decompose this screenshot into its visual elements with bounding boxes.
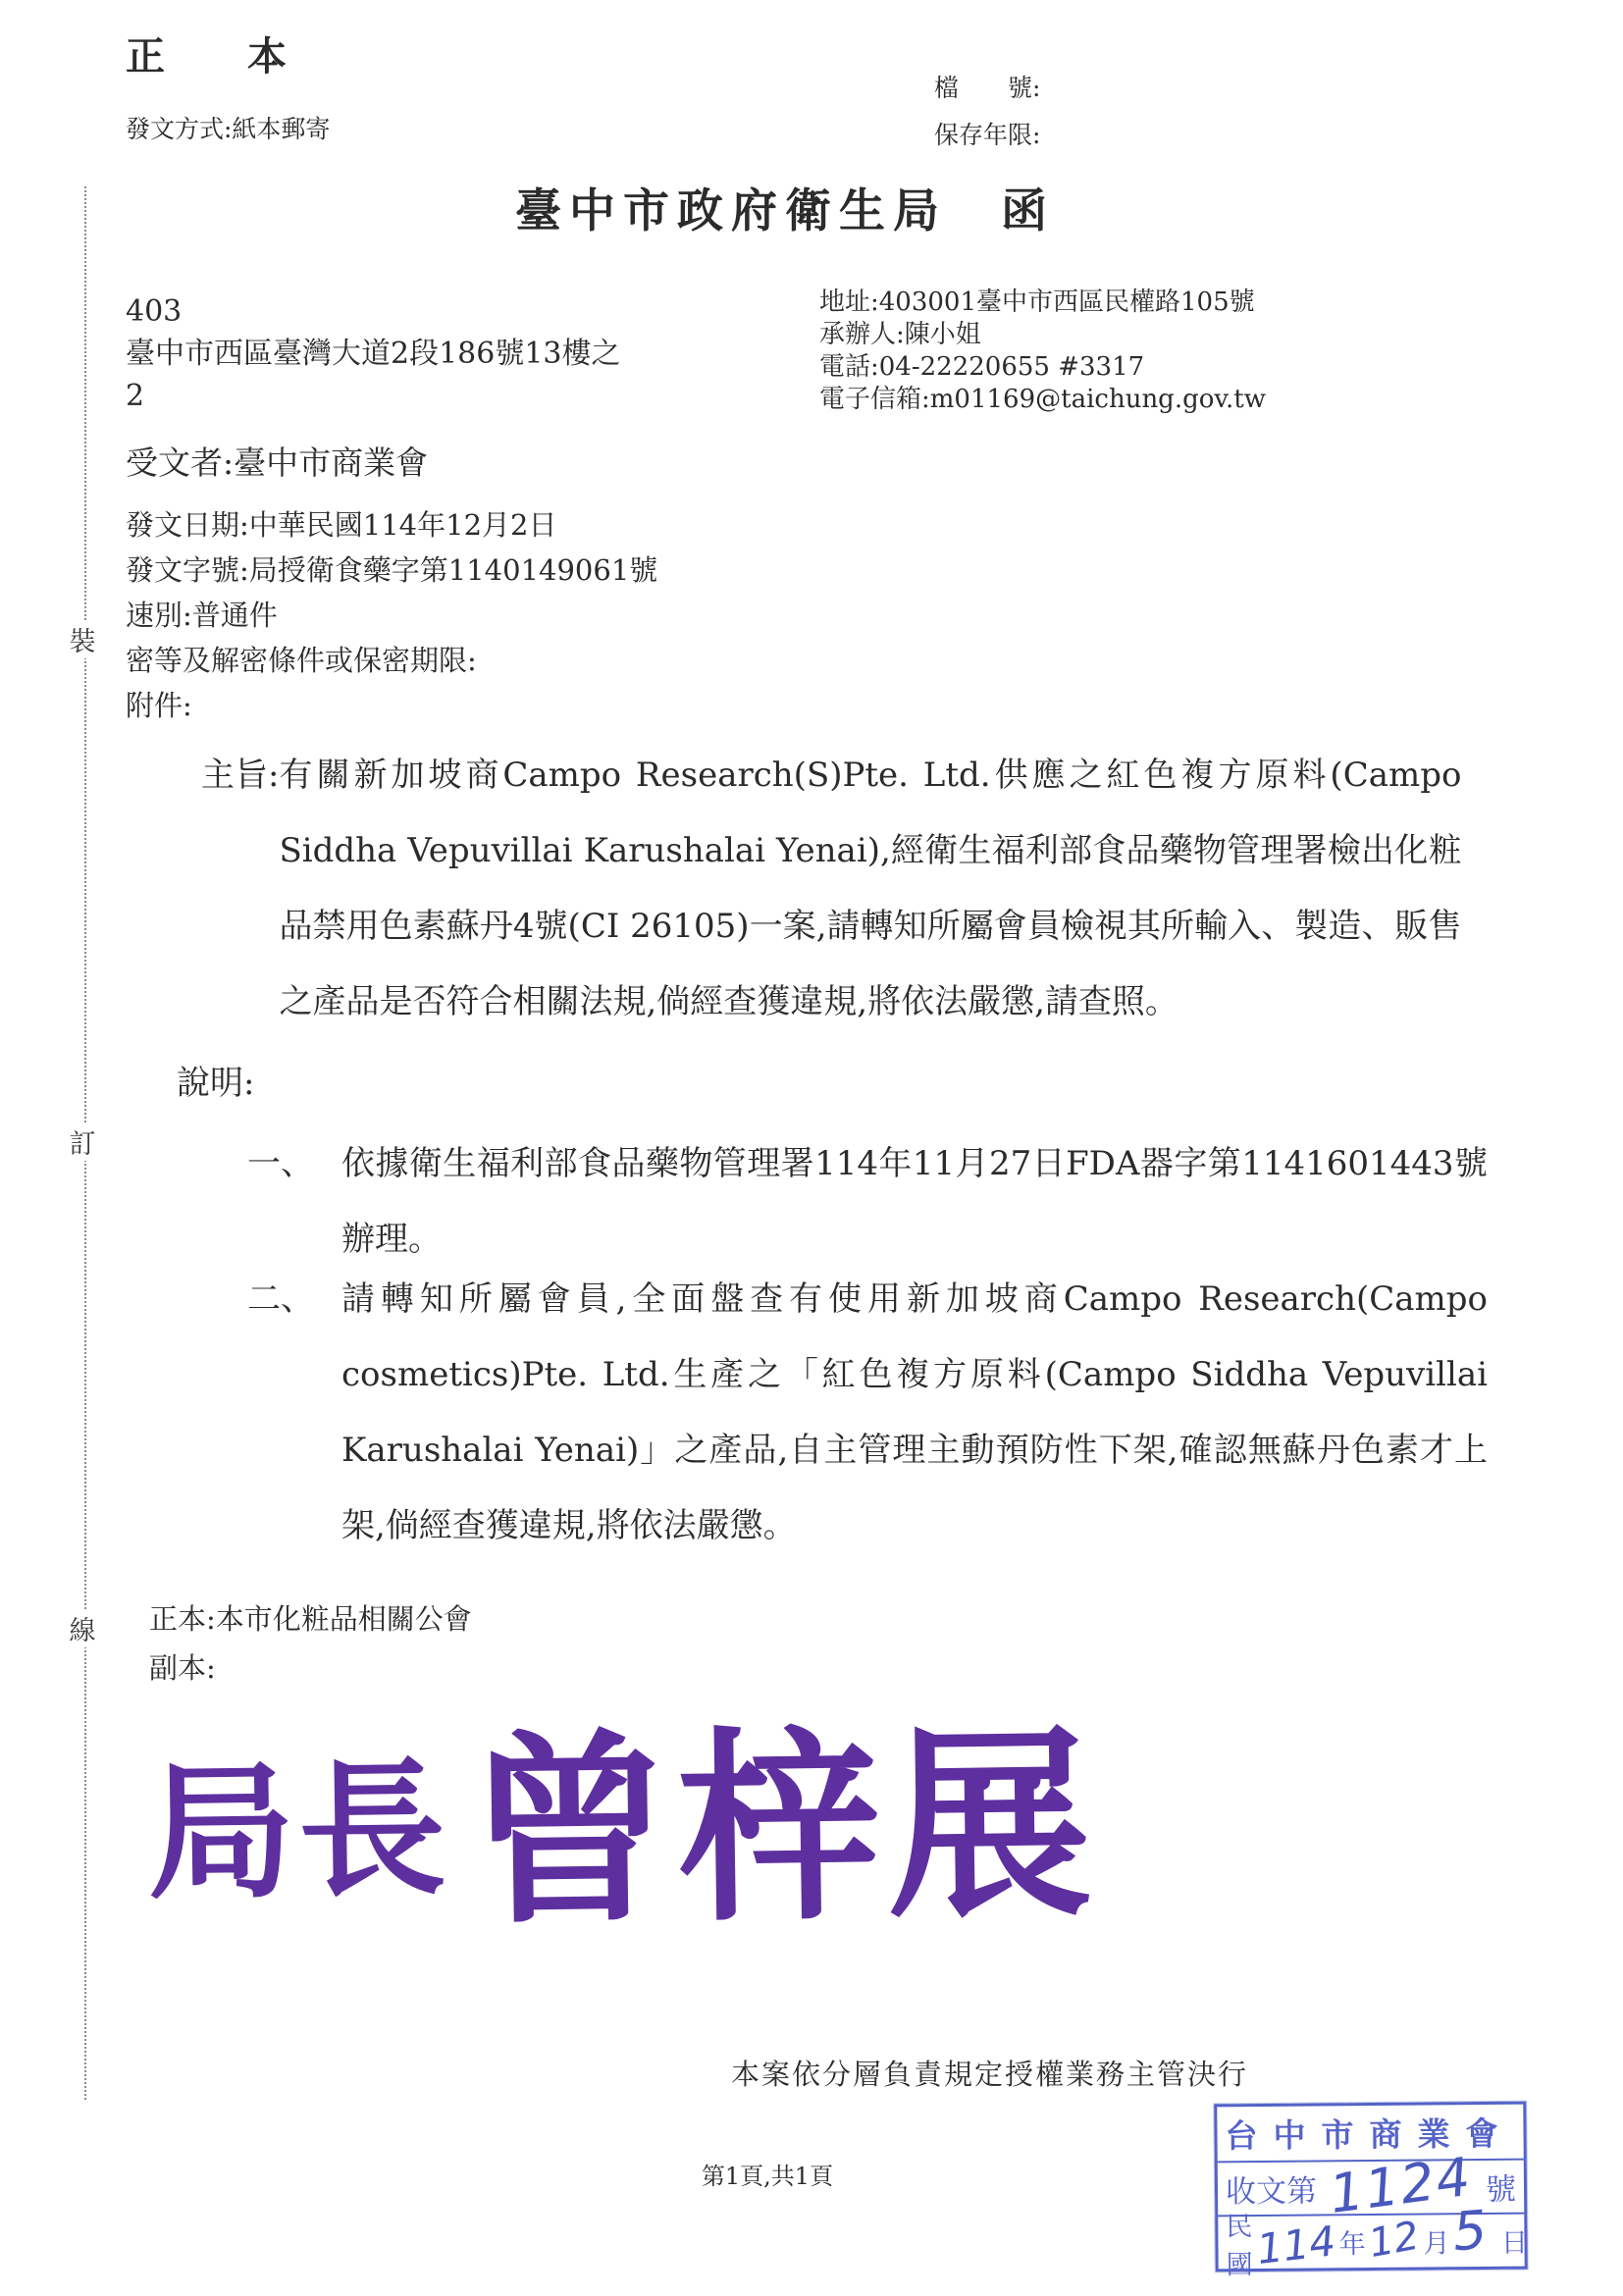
item-1-text: 依據衛生福利部食品藥物管理署114年11月27日FDA器字第1141601443… (341, 1126, 1488, 1278)
stamp-era: 民國 (1226, 2205, 1253, 2281)
description-item-1: 一、 依據衛生福利部食品藥物管理署114年11月27日FDA器字第1141601… (247, 1126, 1488, 1278)
item-2-text: 請轉知所屬會員,全面盤查有使用新加坡商Campo Research(Campo … (341, 1262, 1488, 1564)
binding-mark-zhuang: 裝 (61, 620, 104, 658)
delegation-footer-note: 本案依分層負責規定授權業務主管決行 (731, 2053, 1248, 2093)
original-copy-line: 正本:本市化粧品相關公會 (149, 1597, 472, 1638)
meta-doc-number: 發文字號:局授衛食藥字第1140149061號 (126, 548, 657, 593)
recipient-address-block: 403 臺中市西區臺灣大道2段186號13樓之 2 (126, 290, 773, 417)
stamp-month-unit: 月 (1423, 2221, 1449, 2260)
item-2-number: 二、 (247, 1262, 341, 1564)
recipient-address-line2: 2 (126, 375, 773, 417)
sender-contact-block: 地址:403001臺中市西區民權路105號 承辦人:陳小姐 電話:04-2222… (819, 287, 1266, 416)
delivery-method: 發文方式:紙本郵寄 (126, 110, 330, 145)
file-number-label: 檔 號: (934, 69, 1040, 104)
contact-person: 承辦人:陳小姐 (819, 319, 1266, 351)
stamp-year-unit: 年 (1338, 2222, 1365, 2261)
contact-address: 地址:403001臺中市西區民權路105號 (819, 287, 1266, 319)
binding-mark-ding: 訂 (61, 1122, 104, 1161)
contact-email: 電子信箱:m01169@taichung.gov.tw (819, 384, 1266, 416)
stamp-organization: 台中市商業會 (1225, 2109, 1513, 2158)
stamp-number-suffix: 號 (1486, 2165, 1516, 2209)
signature-name: 曾梓展 (465, 1661, 1099, 1962)
director-signature-stamp: 局長 曾梓展 (145, 1661, 1099, 1966)
document-meta-block: 發文日期:中華民國114年12月2日 發文字號:局授衛食藥字第114014906… (126, 502, 657, 728)
official-letter-page: 裝 訂 線 正 本 發文方式:紙本郵寄 檔 號: 保存年限: 臺中市政府衛生局 … (0, 0, 1623, 2296)
document-title: 臺中市政府衛生局 函 (177, 175, 1393, 240)
copy-type-label: 正 本 (126, 26, 308, 81)
meta-speed: 速別:普通件 (126, 593, 657, 638)
contact-phone: 電話:04-22220655 #3317 (819, 351, 1266, 384)
receipt-stamp: 台中市商業會 收文第 1124 號 民國 114 年 12 月 5 日 (1214, 2102, 1527, 2272)
recipient-address-line1: 臺中市西區臺灣大道2段186號13樓之 (126, 333, 773, 375)
stamp-day-handwritten: 5 (1450, 2199, 1489, 2264)
signature-title: 局長 (146, 1710, 451, 1926)
recipient-line: 受文者:臺中市商業會 (126, 438, 428, 484)
subject-label: 主旨: (201, 738, 279, 1040)
subject-paragraph: 主旨: 有關新加坡商Campo Research(S)Pte. Ltd.供應之紅… (201, 738, 1461, 1040)
description-label: 說明: (177, 1056, 254, 1104)
stamp-date-row: 民國 114 年 12 月 5 日 (1218, 2213, 1524, 2270)
retention-label: 保存年限: (934, 116, 1040, 151)
meta-attachment: 附件: (126, 683, 657, 728)
meta-security: 密等及解密條件或保密期限: (126, 638, 657, 683)
stamp-organization-row: 台中市商業會 (1217, 2105, 1523, 2162)
description-item-2: 二、 請轉知所屬會員,全面盤查有使用新加坡商Campo Research(Cam… (247, 1262, 1488, 1564)
item-1-number: 一、 (247, 1126, 341, 1278)
page-number: 第1頁,共1頁 (620, 2157, 915, 2191)
stamp-day-unit: 日 (1501, 2221, 1528, 2260)
subject-text: 有關新加坡商Campo Research(S)Pte. Ltd.供應之紅色複方原… (279, 738, 1461, 1040)
meta-send-date: 發文日期:中華民國114年12月2日 (126, 502, 657, 548)
stamp-month-handwritten: 12 (1366, 2213, 1423, 2267)
recipient-zip: 403 (126, 290, 773, 333)
stamp-year-handwritten: 114 (1254, 2217, 1337, 2273)
binding-mark-xian: 線 (61, 1609, 104, 1647)
